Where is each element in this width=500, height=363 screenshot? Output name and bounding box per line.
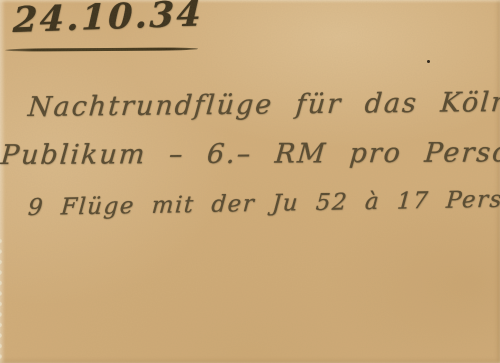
- paper-grain-texture: [0, 0, 500, 363]
- date-text: 24.10.34: [12, 0, 204, 38]
- note-card: 24.10.34 Nachtrundflüge für das Kölner P…: [0, 0, 500, 363]
- date-underline: [5, 47, 198, 51]
- perforated-edge: [0, 236, 5, 363]
- note-line-3: 9 Flüge mit der Ju 52 à 17 Pers. = 153: [27, 187, 500, 220]
- note-line-1: Nachtrundflüge für das Kölner: [27, 89, 500, 121]
- note-line-3-text: 9 Flüge mit der Ju 52 à 17 Pers.: [27, 189, 500, 220]
- note-line-2: Publikum – 6.– RM pro Person: [0, 139, 500, 169]
- paper-speck: [427, 60, 430, 63]
